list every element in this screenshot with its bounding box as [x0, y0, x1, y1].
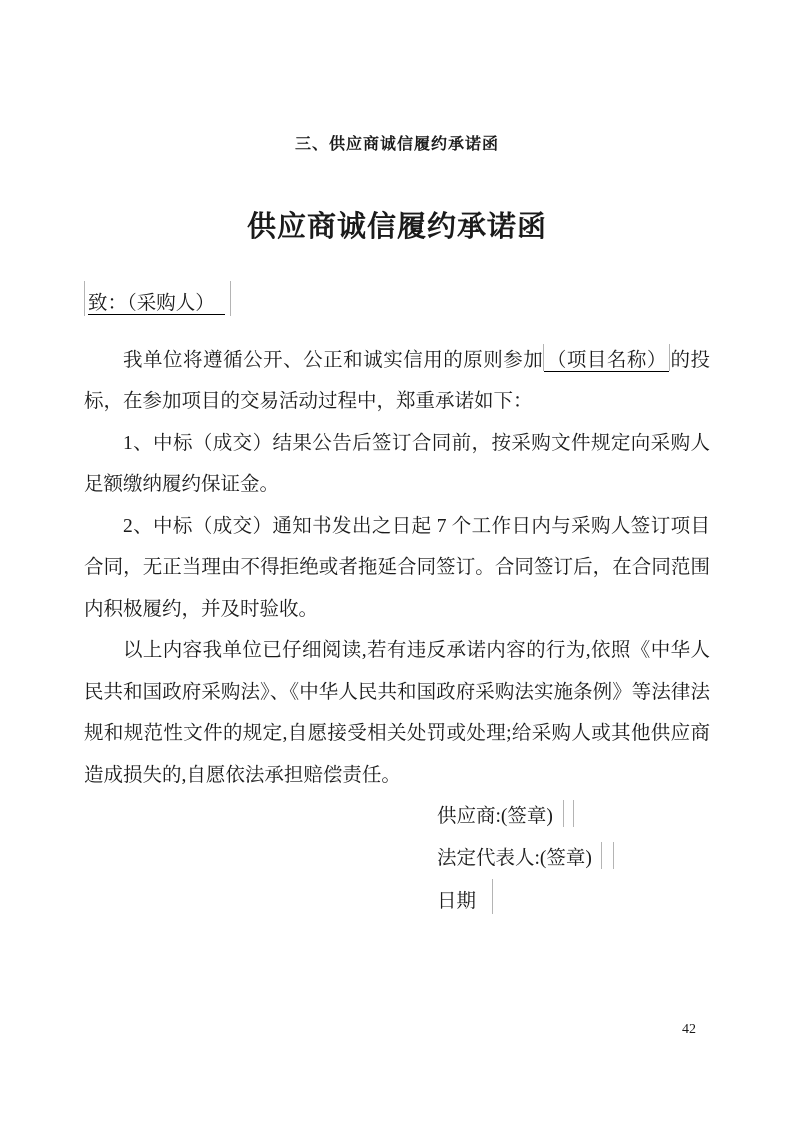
form-field-marker	[230, 281, 231, 316]
paragraph-item-3: 以上内容我单位已仔细阅读,若有违反承诺内容的行为,依照《中华人民共和国政府采购法…	[84, 630, 710, 796]
form-field-marker	[563, 800, 564, 827]
page-content: 三、供应商诚信履约承诺函 供应商诚信履约承诺函 致：（采购人） 我单位将遵循公开…	[0, 136, 794, 923]
legal-representative-signature-line: 法定代表人:(签章)	[437, 838, 710, 880]
form-field-marker	[613, 842, 614, 869]
form-field-marker	[492, 879, 493, 914]
intro-text-before: 我单位将遵循公开、公正和诚实信用的原则参加	[123, 350, 543, 371]
page-title: 供应商诚信履约承诺函	[84, 211, 710, 243]
salutation-underline: 致：（采购人）	[88, 293, 225, 315]
intro-paragraph: 我单位将遵循公开、公正和诚实信用的原则参加（项目名称）的投标，在参加项目的交易活…	[84, 340, 710, 423]
document-page: 三、供应商诚信履约承诺函 供应商诚信履约承诺函 致：（采购人） 我单位将遵循公开…	[0, 0, 794, 1122]
project-name-blank: （项目名称）	[544, 350, 669, 372]
date-signature-line: 日期	[437, 879, 710, 923]
salutation-line: 致：（采购人）	[84, 281, 710, 325]
form-field-marker	[573, 800, 574, 827]
date-label: 日期	[437, 891, 476, 912]
paragraph-item-1: 1、中标（成交）结果公告后签订合同前，按采购文件规定向采购人足额缴纳履约保证金。	[84, 423, 710, 506]
form-field-marker	[601, 842, 602, 869]
paragraph-item-2: 2、中标（成交）通知书发出之日起 7 个工作日内与采购人签订项目合同，无正当理由…	[84, 506, 710, 631]
body-text: 致：（采购人） 我单位将遵循公开、公正和诚实信用的原则参加（项目名称）的投标，在…	[84, 281, 710, 923]
page-number: 42	[682, 1021, 696, 1039]
legal-representative-label: 法定代表人:(签章)	[437, 848, 592, 869]
supplier-label: 供应商:(签章)	[437, 806, 553, 827]
section-heading: 三、供应商诚信履约承诺函	[84, 136, 710, 154]
signature-block: 供应商:(签章) 法定代表人:(签章) 日期	[437, 796, 710, 923]
supplier-signature-line: 供应商:(签章)	[437, 796, 710, 838]
form-field-marker	[84, 281, 85, 316]
